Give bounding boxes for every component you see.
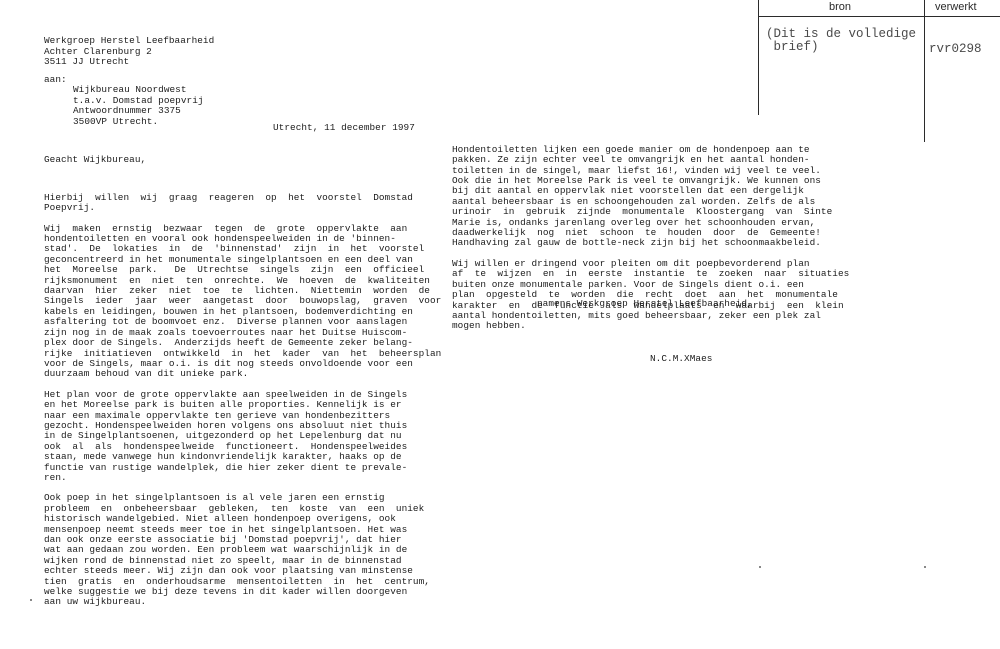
text-line: en het Moreelse park is buiten alle prop… xyxy=(44,400,441,410)
paragraph: Ook poep in het singelplantsoen is al ve… xyxy=(44,493,441,607)
left-column-paragraphs: Hierbij willen wij graag reageren op het… xyxy=(44,193,441,608)
text-line: Poepvrij. xyxy=(44,203,441,213)
scan-speck xyxy=(30,599,32,601)
salutation: Geacht Wijkbureau, xyxy=(44,155,146,165)
scan-speck xyxy=(759,566,761,568)
stamp-box-header-rule xyxy=(758,16,1000,17)
stamp-verwerkt-label: verwerkt xyxy=(935,1,977,13)
signature: N.C.M.XMaes xyxy=(650,354,712,364)
paragraph: Wij maken ernstig bezwaar tegen de grote… xyxy=(44,224,441,380)
sender-address: Werkgroep Herstel LeefbaarheidAchter Cla… xyxy=(44,26,214,78)
stamp-bron-note: (Dit is de volledige brief) xyxy=(766,28,916,54)
paragraph: Hierbij willen wij graag reageren op het… xyxy=(44,193,441,214)
text-line: aan uw wijkbureau. xyxy=(44,597,441,607)
text-line: staan, mede vanwege hun kindonvriendelij… xyxy=(44,452,441,462)
paragraph: Wij willen er dringend voor pleiten om d… xyxy=(452,259,849,332)
recipient-address: Wijkbureau Noordwestt.a.v. Domstad poepv… xyxy=(73,75,204,137)
letter-date: Utrecht, 11 december 1997 xyxy=(273,123,415,133)
right-column: Hondentoiletten lijken een goede manier … xyxy=(452,124,849,352)
recipient-prefix: aan: xyxy=(44,75,67,85)
scan-speck xyxy=(924,566,926,568)
sender-line: 3511 JJ Utrecht xyxy=(44,57,214,67)
text-line: functie van rustige wandelplek, die hier… xyxy=(44,463,441,473)
text-line: ren. xyxy=(44,473,441,483)
left-column: Hierbij willen wij graag reageren op het… xyxy=(44,172,441,628)
text-line: duurzaam behoud van dit unieke park. xyxy=(44,369,441,379)
stamp-box-divider xyxy=(924,0,925,142)
closing: namens Werkgroep Herstel Leefbaarheid, xyxy=(537,299,753,309)
recipient-line: 3500VP Utrecht. xyxy=(73,117,204,127)
stamp-verwerkt-code: rvr0298 xyxy=(929,43,982,56)
paragraph: Hondentoiletten lijken een goede manier … xyxy=(452,145,849,249)
stamp-box-left-border xyxy=(758,0,759,115)
text-line: Hierbij willen wij graag reageren op het… xyxy=(44,193,441,203)
stamp-bron-note-line: brief) xyxy=(766,41,916,54)
text-line: Handhaving zal gauw de bottle-neck zijn … xyxy=(452,238,849,248)
text-line: plex door de Singels. Anderzijds heeft d… xyxy=(44,338,441,348)
stamp-bron-label: bron xyxy=(829,1,851,13)
text-line: mogen hebben. xyxy=(452,321,849,331)
paragraph: Het plan voor de grote oppervlakte aan s… xyxy=(44,390,441,484)
